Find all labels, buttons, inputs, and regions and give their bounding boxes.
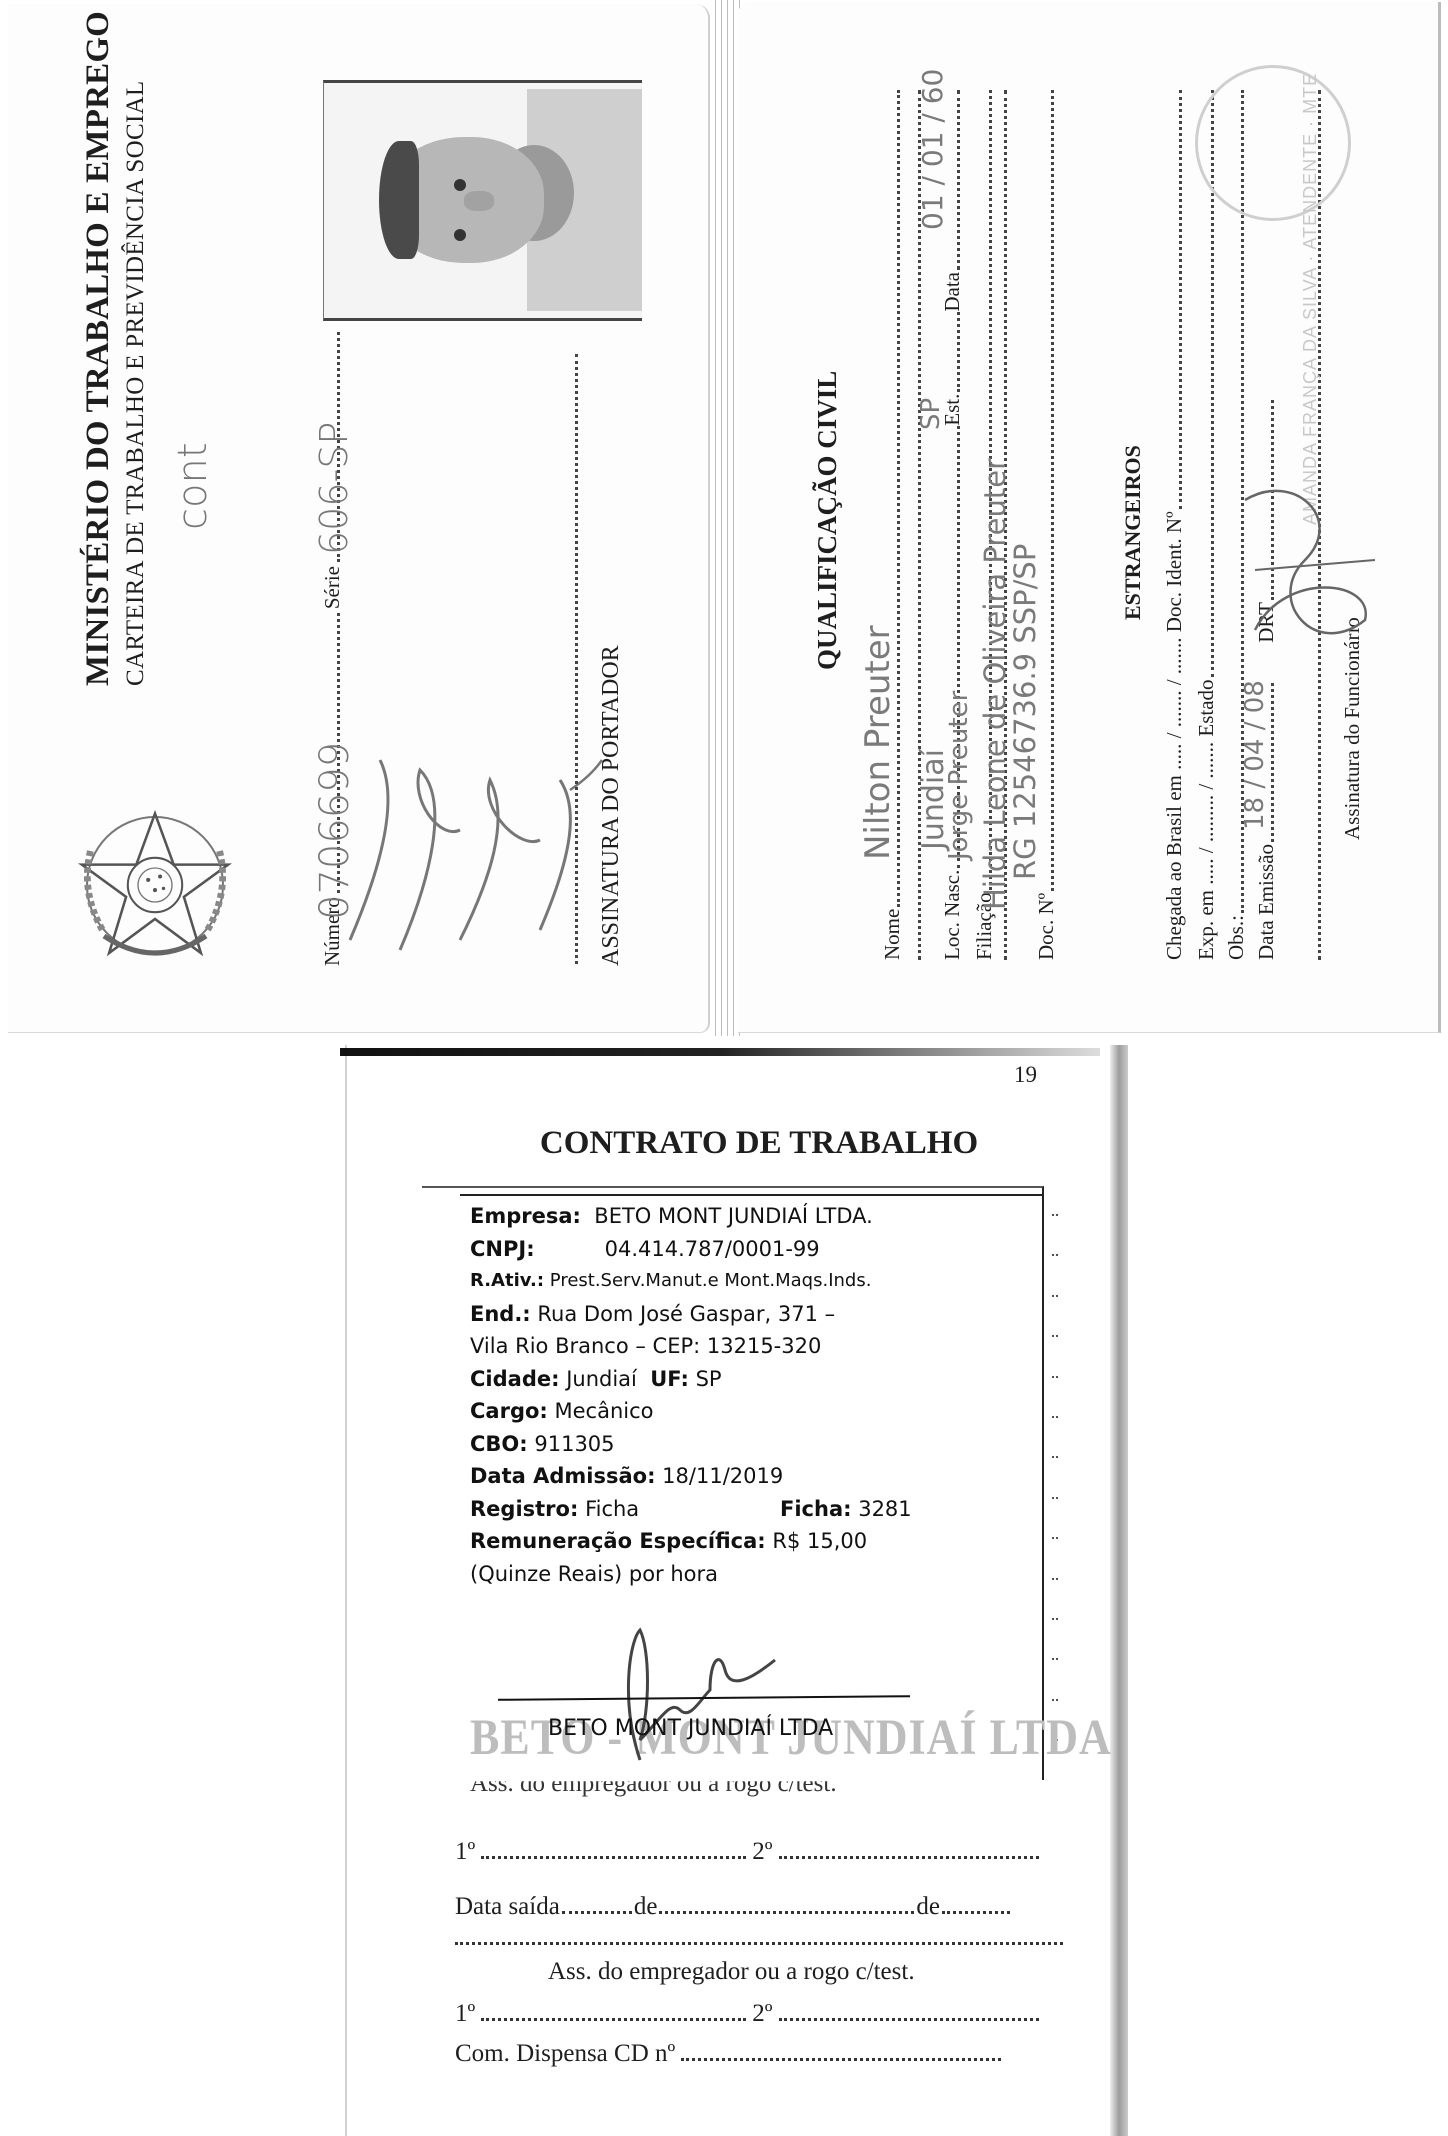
empresa-line: Empresa: BETO MONT JUNDIAÍ LTDA. xyxy=(470,1200,1030,1233)
serie-label: Série xyxy=(320,566,345,609)
witness-row-1: 1º 2º xyxy=(455,1838,1045,1866)
witness-row-2: 1º 2º xyxy=(455,2000,1045,2028)
portador-signature-line xyxy=(575,354,578,964)
dispensa-row: Com. Dispensa CD nº xyxy=(455,2040,1007,2068)
funcionario-signature xyxy=(1225,460,1385,670)
margin-dot-leaders: ···························· xyxy=(1050,1195,1070,1760)
contract-title: CONTRATO DE TRABALHO xyxy=(0,1125,1448,1162)
page-side-edge xyxy=(1110,1045,1128,2136)
brazil-coat-of-arms-icon xyxy=(70,800,240,970)
employer-stamp-content: Empresa: BETO MONT JUNDIAÍ LTDA. CNPJ:04… xyxy=(470,1200,1030,1590)
page-shadow-edge xyxy=(340,1048,1100,1056)
employer-signature-caption-2: Ass. do empregador ou a rogo c/test. xyxy=(548,1958,915,1986)
cnpj-line: CNPJ:04.414.787/0001-99 xyxy=(470,1233,1030,1266)
qualificacao-civil-title: QUALIFICAÇÃO CIVIL xyxy=(812,371,843,670)
remuneracao-line: Remuneração Específica: R$ 15,00 xyxy=(470,1525,1030,1558)
cargo-line: Cargo: Mecânico xyxy=(470,1395,1030,1428)
exp-field: Exp. em ..... / ......... / ....... Esta… xyxy=(1194,90,1219,960)
page-number: 19 xyxy=(1014,1062,1037,1088)
employer-signature xyxy=(600,1620,780,1770)
ministry-subtitle: CARTEIRA DE TRABALHO E PREVIDÊNCIA SOCIA… xyxy=(122,81,150,687)
photo-eye xyxy=(454,179,466,191)
chegada-field: Chegada ao Brasil em ..... / ....... / .… xyxy=(1162,90,1187,960)
handwritten-note: cont xyxy=(170,443,216,531)
endereco-line: End.: Rua Dom José Gaspar, 371 – xyxy=(470,1298,1030,1331)
cidade-line: Cidade: Jundiaí UF: SP xyxy=(470,1363,1030,1396)
ativ-line: R.Ativ.: Prest.Serv.Manut.e Mont.Maqs.In… xyxy=(470,1265,1030,1298)
est-value: SP xyxy=(916,398,946,430)
employer-name: BETO MONT JUNDIAÍ LTDA xyxy=(548,1716,833,1741)
doc-value: RG 12546736.9 SSP/SP xyxy=(1008,544,1042,880)
data-saida-row: Data saída de de xyxy=(455,1893,1012,1921)
registro-line: Registro: FichaFicha: 3281 xyxy=(470,1493,1030,1526)
nome-value: Nilton Preuter xyxy=(858,625,898,860)
estrangeiros-title: ESTRANGEIROS xyxy=(1120,445,1146,620)
mte-round-stamp xyxy=(1195,65,1351,221)
photo-hair xyxy=(379,141,419,259)
portador-signature-label: ASSINATURA DO PORTADOR xyxy=(598,645,625,966)
admissao-line: Data Admissão: 18/11/2019 xyxy=(470,1460,1030,1493)
photo-nose xyxy=(464,191,494,211)
id-photo xyxy=(323,80,642,321)
portador-signature xyxy=(340,740,610,960)
photo-eye xyxy=(454,229,466,241)
endereco-line-2: Vila Rio Branco – CEP: 13215-320 xyxy=(470,1330,1030,1363)
birth-date-value: 01 / 01 / 60 xyxy=(916,69,949,230)
cbo-line: CBO: 911305 xyxy=(470,1428,1030,1461)
ministry-title: MINISTÉRIO DO TRABALHO E EMPREGO xyxy=(80,11,117,686)
remuneracao-extenso-line: (Quinze Reais) por hora xyxy=(470,1558,1030,1591)
serie-value: 606-SP xyxy=(312,422,356,555)
data-emissao-value: 18 / 04 / 08 xyxy=(1240,680,1270,830)
mte-name-stamp: AMANDA FRANÇA DA SILVA · ATENDENTE · MTE xyxy=(1300,73,1321,525)
filiacao-mother-value: Hilda Leone de Oliveira Preuter xyxy=(978,458,1012,910)
filiacao-father-value: Jorge Preuter xyxy=(944,691,974,860)
data-saida-continuation-line xyxy=(455,1942,1063,1945)
